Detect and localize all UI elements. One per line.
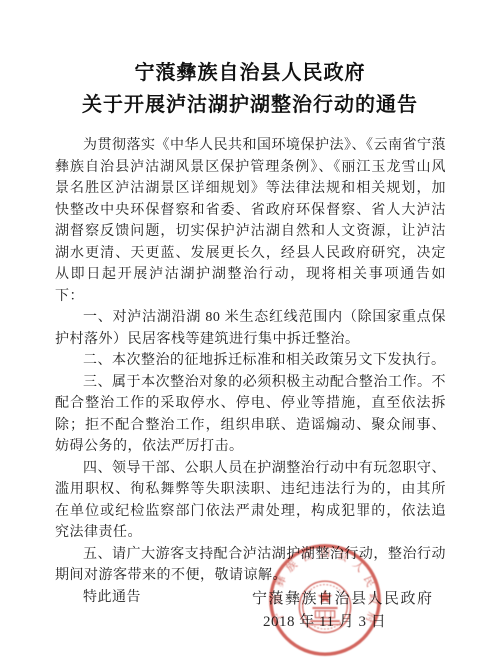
notice-paragraph: 五、请广大游客支持配合泸沽湖护湖整治行动，整治行动期间对游客带来的不便，敬请谅解… — [55, 544, 446, 587]
notice-document: 宁蒗彝族自治县人民政府 关于开展泸沽湖护湖整治行动的通告 为贯彻落实《中华人民共… — [0, 0, 500, 663]
notice-paragraph: 二、本次整治的征地拆迁标准和相关政策另文下发执行。 — [55, 350, 446, 372]
national-emblem-icon — [299, 581, 350, 632]
official-seal: 宁蒗彝族自治县人民政府 — [268, 543, 382, 657]
notice-paragraph: 三、属于本次整治对象的必须积极主动配合整治工作。不配合整治工作的采取停水、停电、… — [55, 372, 446, 458]
title-line-1: 宁蒗彝族自治县人民政府 — [0, 57, 500, 89]
notice-paragraph: 为贯彻落实《中华人民共和国环境保护法》、《云南省宁蒗彝族自治县泸沽湖风景区保护管… — [55, 135, 446, 307]
notice-body: 为贯彻落实《中华人民共和国环境保护法》、《云南省宁蒗彝族自治县泸沽湖风景区保护管… — [55, 135, 446, 608]
title-line-2: 关于开展泸沽湖护湖整治行动的通告 — [0, 89, 500, 121]
notice-paragraph: 四、领导干部、公职人员在护湖整治行动中有玩忽职守、滥用职权、徇私舞弊等失职渎职、… — [55, 458, 446, 544]
document-title: 宁蒗彝族自治县人民政府 关于开展泸沽湖护湖整治行动的通告 — [0, 0, 500, 121]
notice-paragraph: 一、对泸沽湖沿湖 80 米生态红线范围内（除国家重点保护村落外）民居客栈等建筑进… — [55, 307, 446, 350]
